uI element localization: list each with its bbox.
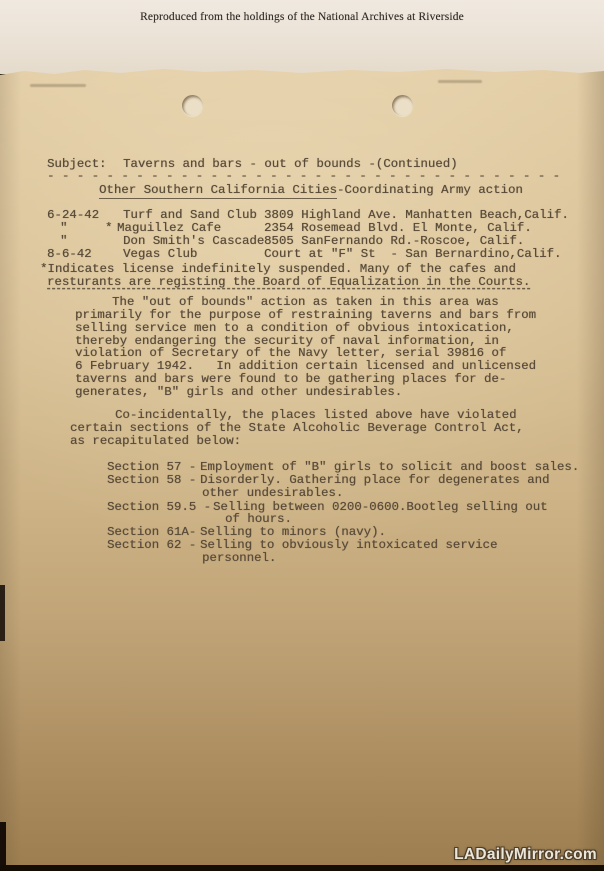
paragraph-line: as recapitulated below: [70,435,241,448]
photo-edge-shadow [0,822,6,866]
entry-date: 6-24-42 [47,209,99,222]
footnote-line: resturants are registing the Board of Eq… [47,276,530,289]
heading-underlined-text: Other Southern California Cities [99,183,337,199]
entry-suspended-flag: * [105,222,112,235]
entry-name: Vegas Club [123,248,197,261]
section-description: personnel. [202,552,276,565]
entry-address: Court at "F" St - San Bernardino,Calif. [264,248,561,261]
dashed-separator: - - - - - - - - - - - - - - - - - - - - … [47,170,560,183]
section-label: Section 59.5 - [107,501,211,514]
typed-content: Subject: Taverns and bars - out of bound… [0,0,604,871]
heading-rest-text: -Coordinating Army action [337,183,523,197]
section-label: Section 58 - [107,474,196,487]
archive-photo-page: Reproduced from the holdings of the Nati… [0,0,604,871]
section-label: Section 62 - [107,539,196,552]
photo-edge-shadow [0,585,5,641]
paragraph-line: generates, "B" girls and other undesirab… [75,386,402,399]
entry-date: 8-6-42 [47,248,92,261]
section-heading: Other Southern California Cities-Coordin… [99,184,523,197]
watermark: LADailyMirror.com [454,846,597,864]
section-description: other undesirables. [202,487,343,500]
photo-edge-shadow [0,865,604,871]
